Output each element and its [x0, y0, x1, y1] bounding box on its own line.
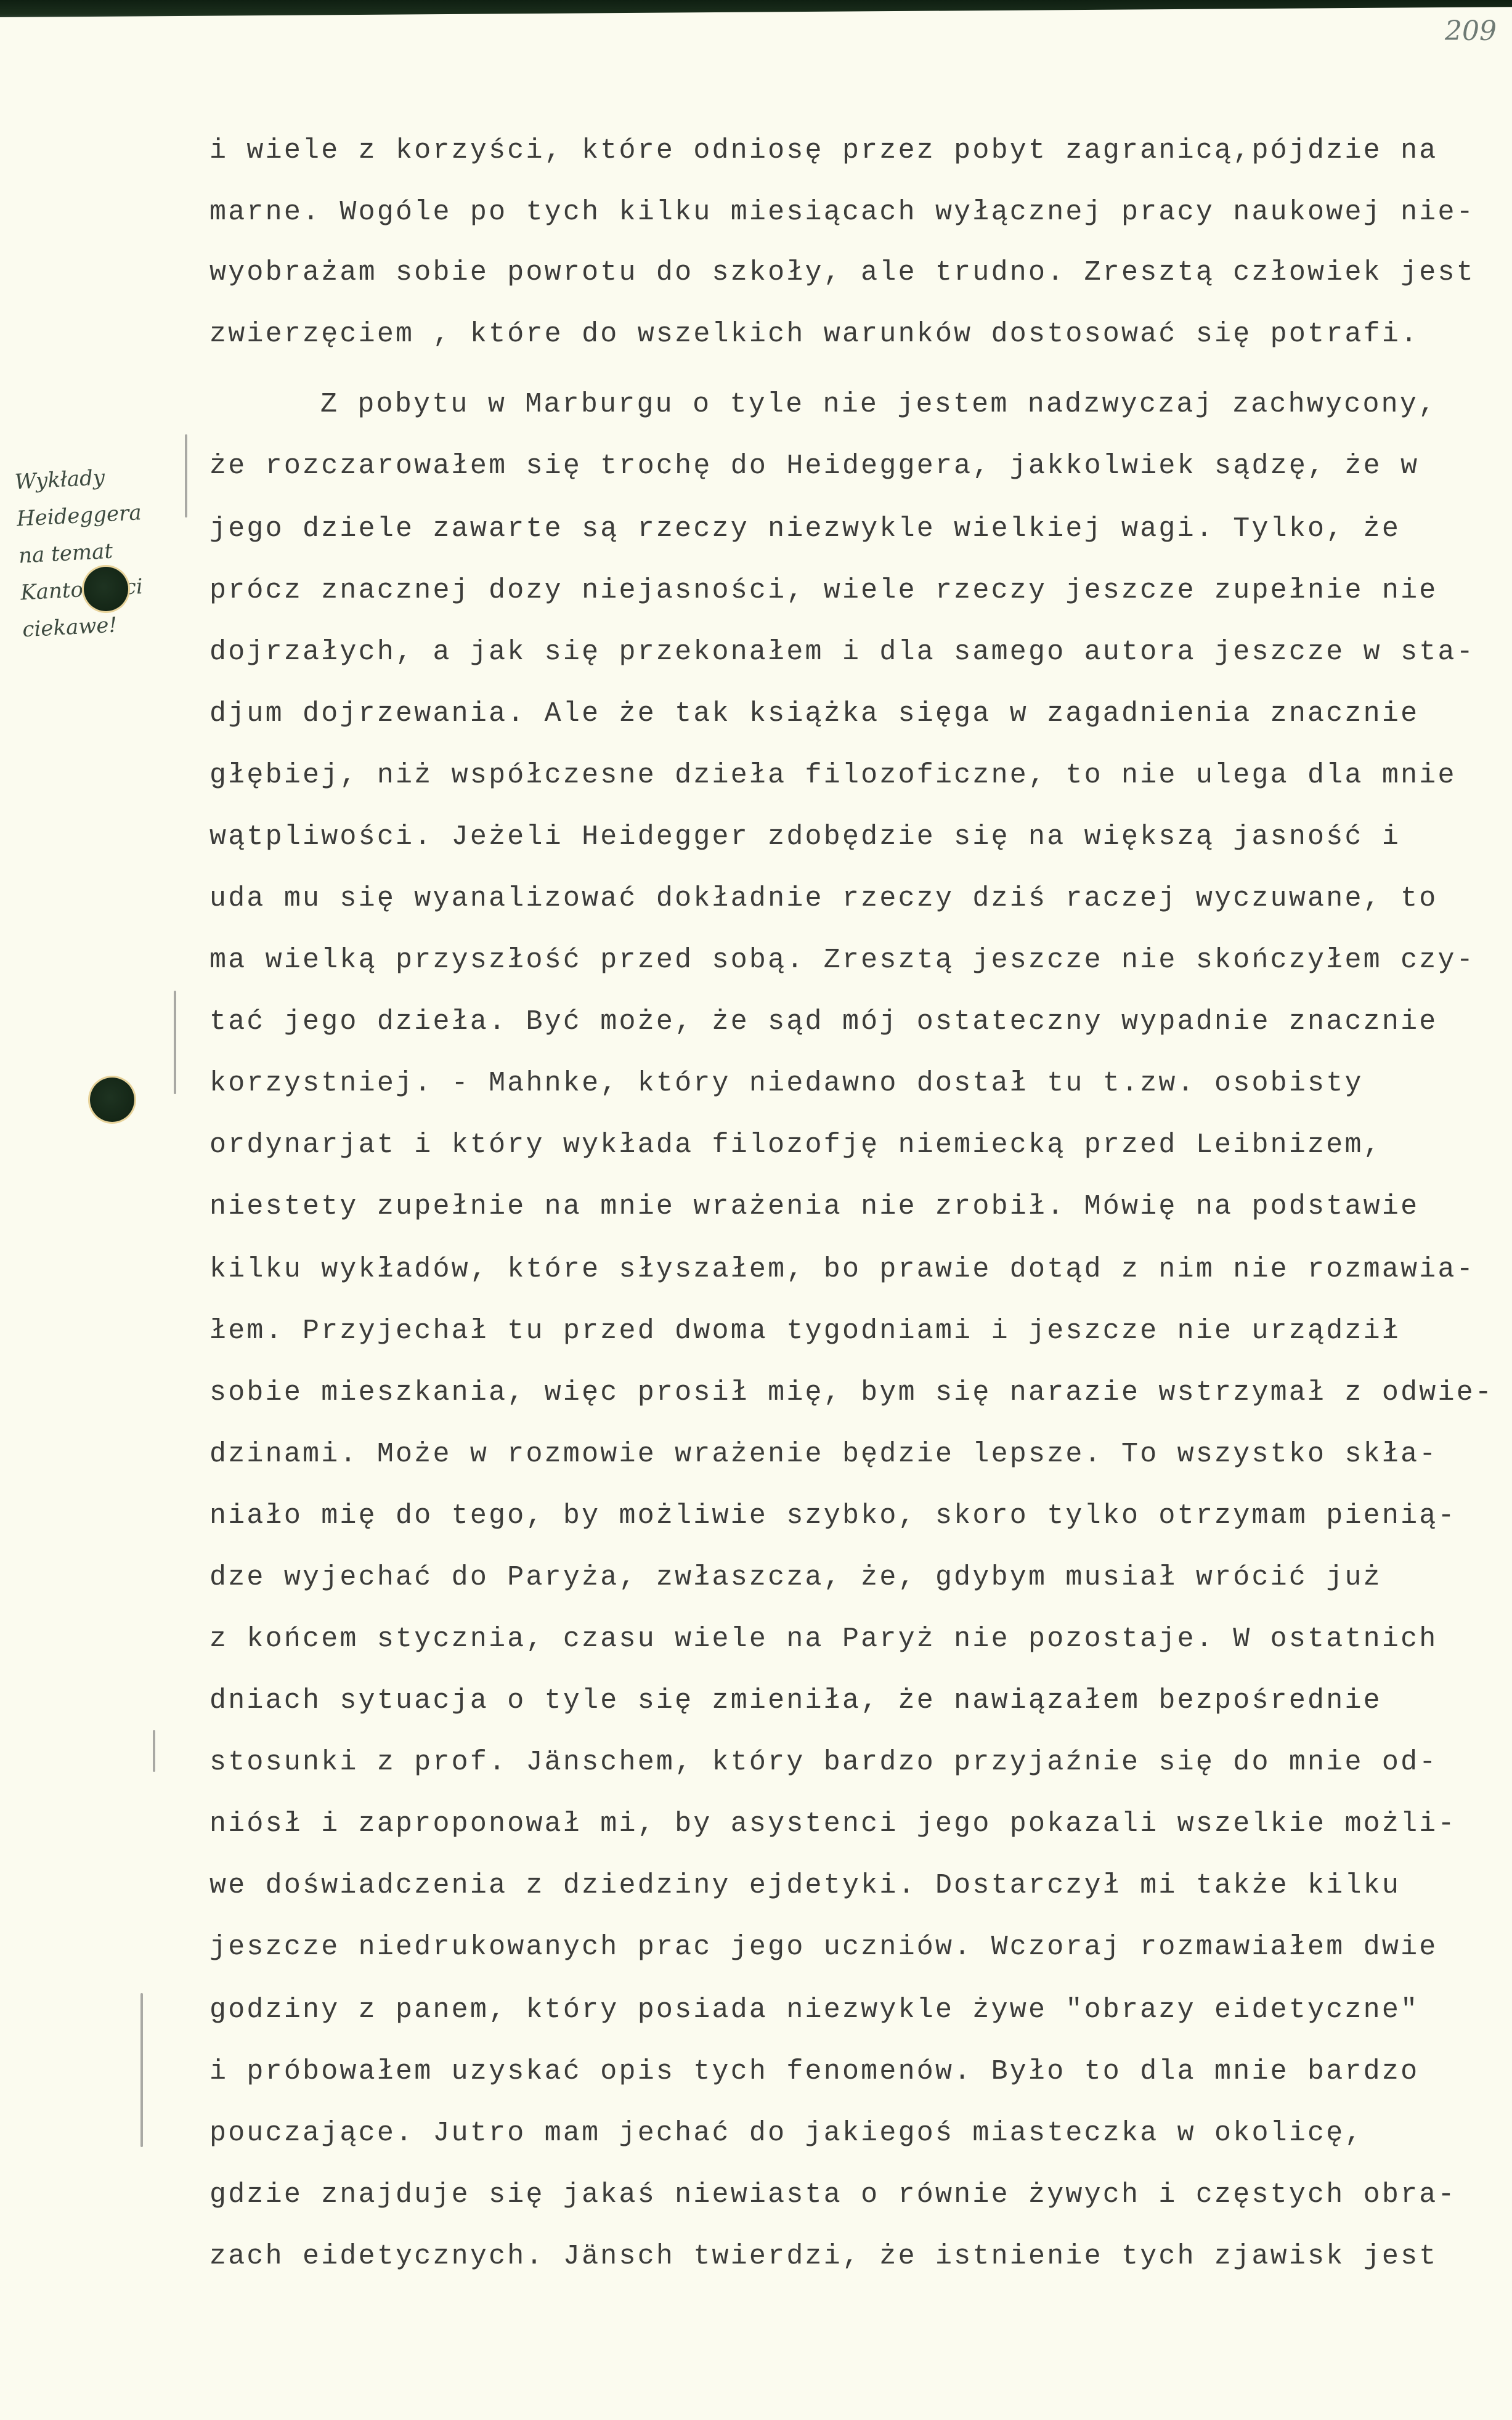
- typed-line: Z pobytu w Marburgu o tyle nie jestem na…: [320, 391, 1437, 418]
- typed-line: marne. Wogóle po tych kilku miesiącach w…: [209, 198, 1475, 226]
- typed-line: tać jego dzieła. Być może, że sąd mój os…: [209, 1008, 1438, 1036]
- typed-line: głębiej, niż współczesne dzieła filozofi…: [209, 761, 1457, 789]
- typed-line: dojrzałych, a jak się przekonałem i dla …: [209, 638, 1475, 666]
- typed-line: i wiele z korzyści, które odniosę przez …: [209, 137, 1438, 164]
- typed-line: łem. Przyjechał tu przed dwoma tygodniam…: [209, 1317, 1400, 1345]
- typed-line: i próbowałem uzyskać opis tych fenomenów…: [209, 2058, 1419, 2085]
- typed-line: jeszcze niedrukowanych prac jego uczniów…: [209, 1933, 1438, 1961]
- typed-line: dniach sytuacja o tyle się zmieniła, że …: [209, 1687, 1382, 1715]
- typed-letter-body: i wiele z korzyści, które odniosę przez …: [0, 0, 1512, 2420]
- typed-line: z końcem stycznia, czasu wiele na Paryż …: [209, 1625, 1438, 1653]
- typed-line: niało mię do tego, by możliwie szybko, s…: [209, 1502, 1457, 1530]
- typed-line: że rozczarowałem się trochę do Heidegger…: [209, 452, 1419, 480]
- typed-line: jego dziele zawarte są rzeczy niezwykle …: [209, 515, 1400, 543]
- typed-line: ma wielką przyszłość przed sobą. Zresztą…: [209, 946, 1475, 974]
- typed-line: zach eidetycznych. Jänsch twierdzi, że i…: [209, 2243, 1438, 2270]
- typed-line: we doświadczenia z dziedziny ejdetyki. D…: [209, 1872, 1400, 1899]
- typed-line: wątpliwości. Jeżeli Heidegger zdobędzie …: [209, 823, 1400, 851]
- typed-line: ordynarjat i który wykłada filozofję nie…: [209, 1131, 1382, 1159]
- typed-line: korzystniej. - Mahnke, który niedawno do…: [209, 1070, 1364, 1097]
- typed-line: godziny z panem, który posiada niezwykle…: [209, 1996, 1419, 2024]
- typed-line: stosunki z prof. Jänschem, który bardzo …: [209, 1748, 1438, 1776]
- typed-line: niósł i zaproponował mi, by asystenci je…: [209, 1810, 1457, 1838]
- typed-line: dzinami. Może w rozmowie wrażenie będzie…: [209, 1440, 1438, 1468]
- typed-line: pouczające. Jutro mam jechać do jakiegoś…: [209, 2119, 1364, 2147]
- typed-line: wyobrażam sobie powrotu do szkoły, ale t…: [209, 259, 1475, 286]
- typed-line: sobie mieszkania, więc prosił mię, bym s…: [209, 1379, 1494, 1407]
- typed-line: kilku wykładów, które słyszałem, bo praw…: [209, 1256, 1475, 1283]
- typed-line: zwierzęciem , które do wszelkich warunkó…: [209, 320, 1419, 348]
- typed-line: niestety zupełnie na mnie wrażenia nie z…: [209, 1193, 1419, 1220]
- typed-line: djum dojrzewania. Ale że tak książka się…: [209, 700, 1419, 728]
- typed-line: dze wyjechać do Paryża, zwłaszcza, że, g…: [209, 1564, 1382, 1591]
- typed-line: gdzie znajduje się jakaś niewiasta o rów…: [209, 2181, 1457, 2209]
- typed-line: uda mu się wyanalizować dokładnie rzeczy…: [209, 885, 1438, 912]
- typed-line: prócz znacznej dozy niejasności, wiele r…: [209, 577, 1438, 604]
